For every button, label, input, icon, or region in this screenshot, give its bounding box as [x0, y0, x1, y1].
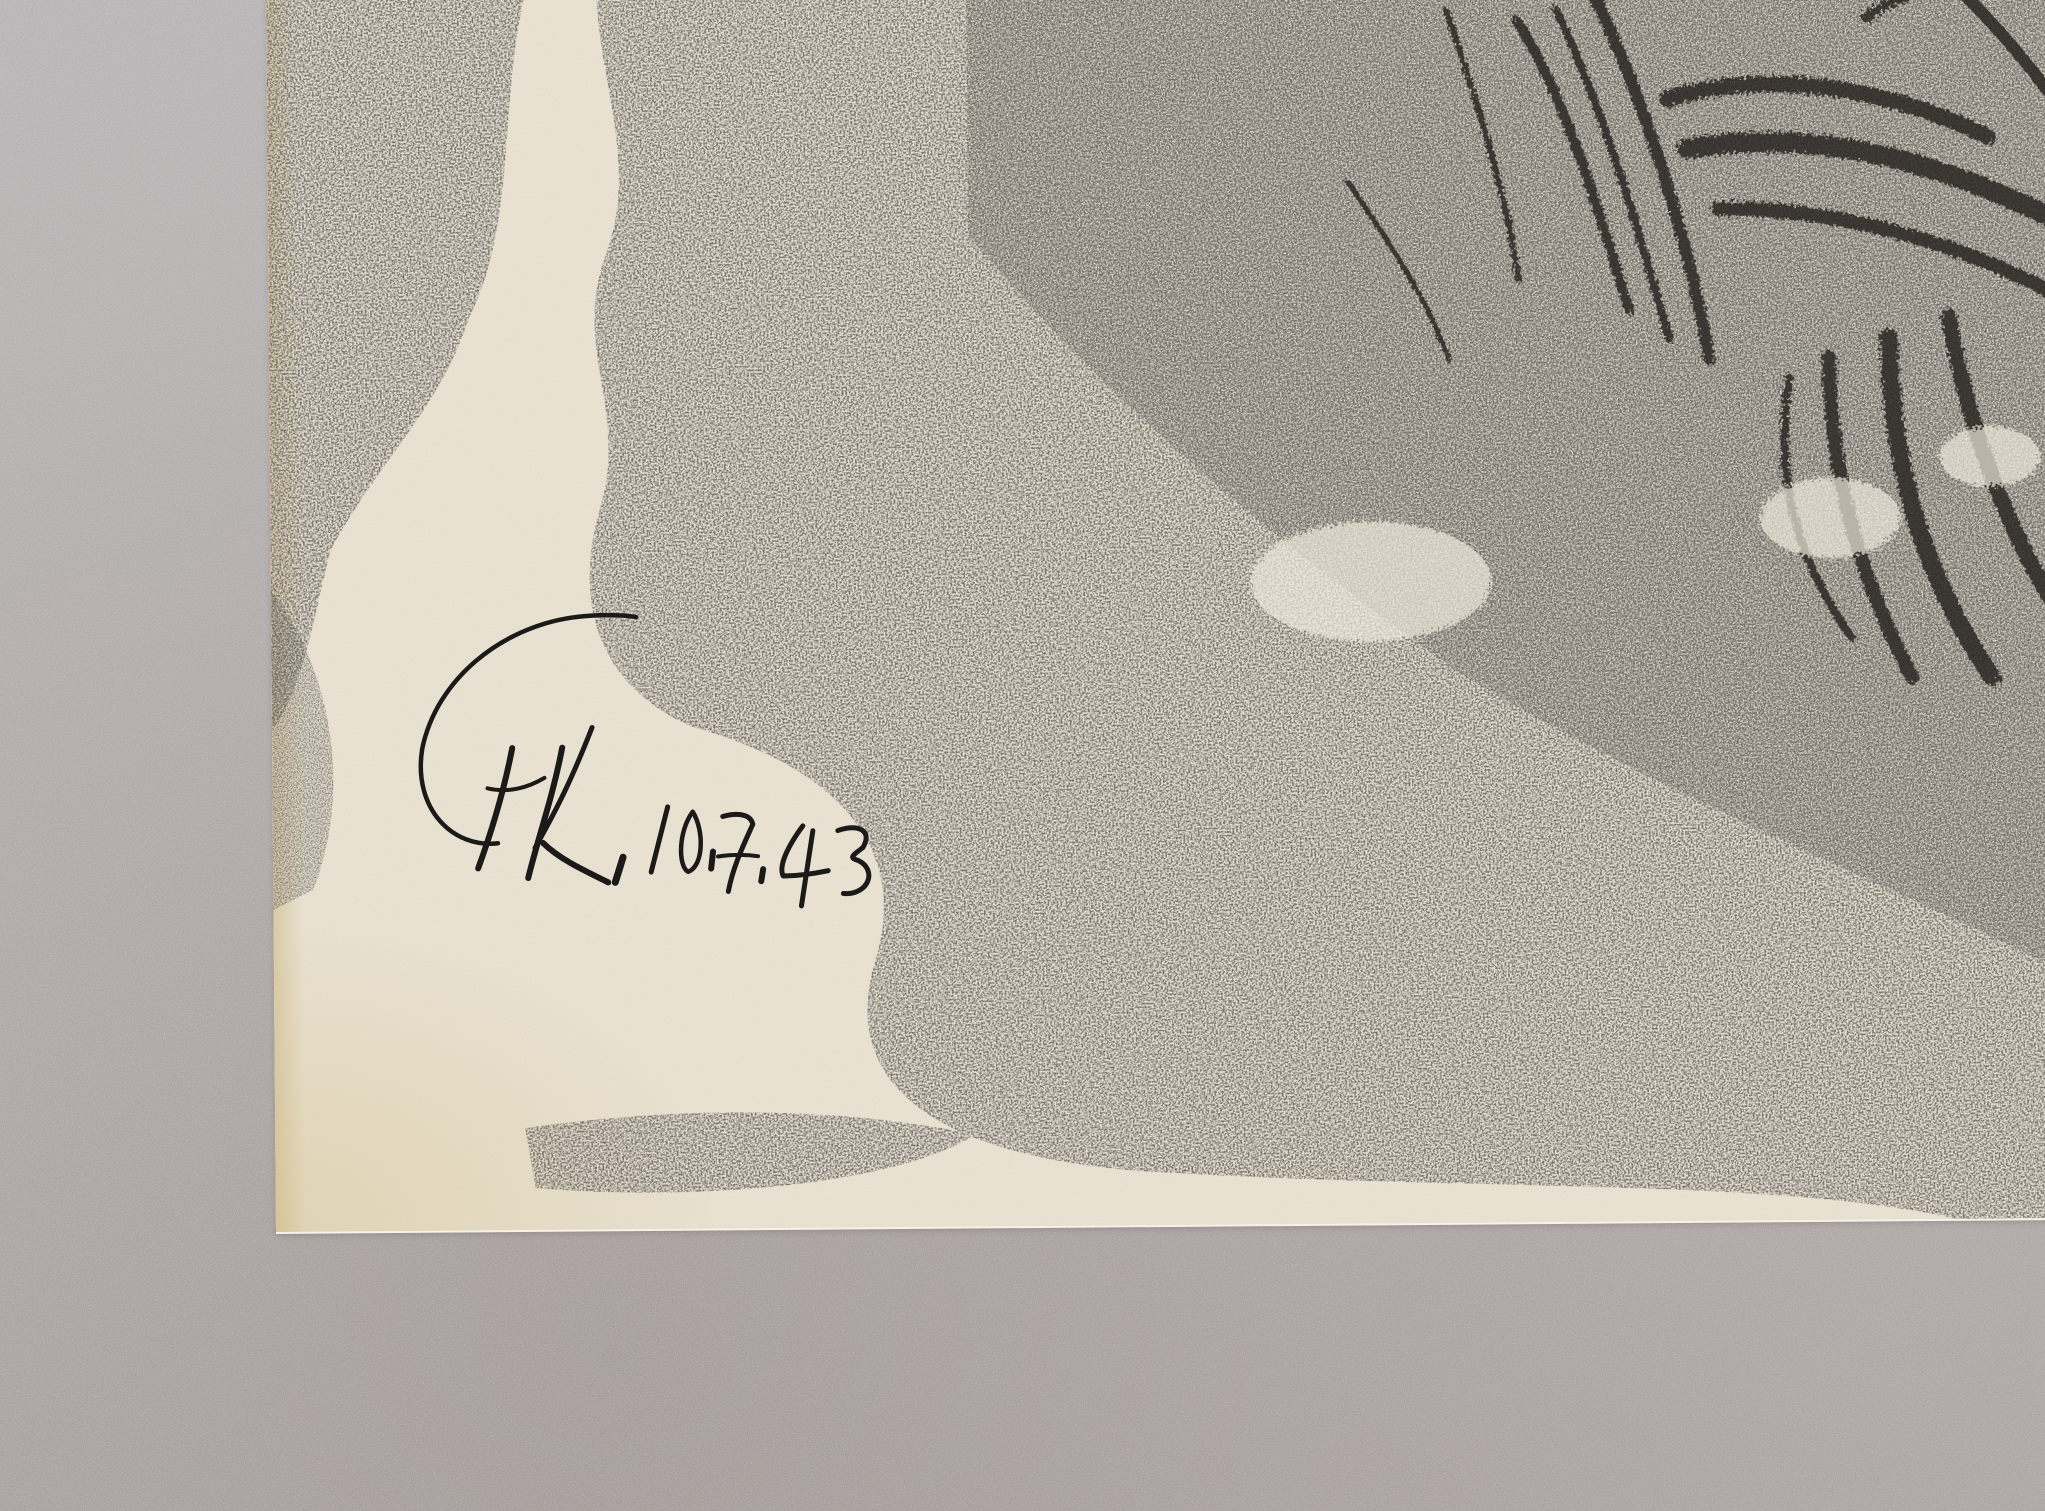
charcoal-drawing	[266, 0, 2045, 1232]
drawing-paper: PK. 10.7.43	[266, 0, 2045, 1232]
